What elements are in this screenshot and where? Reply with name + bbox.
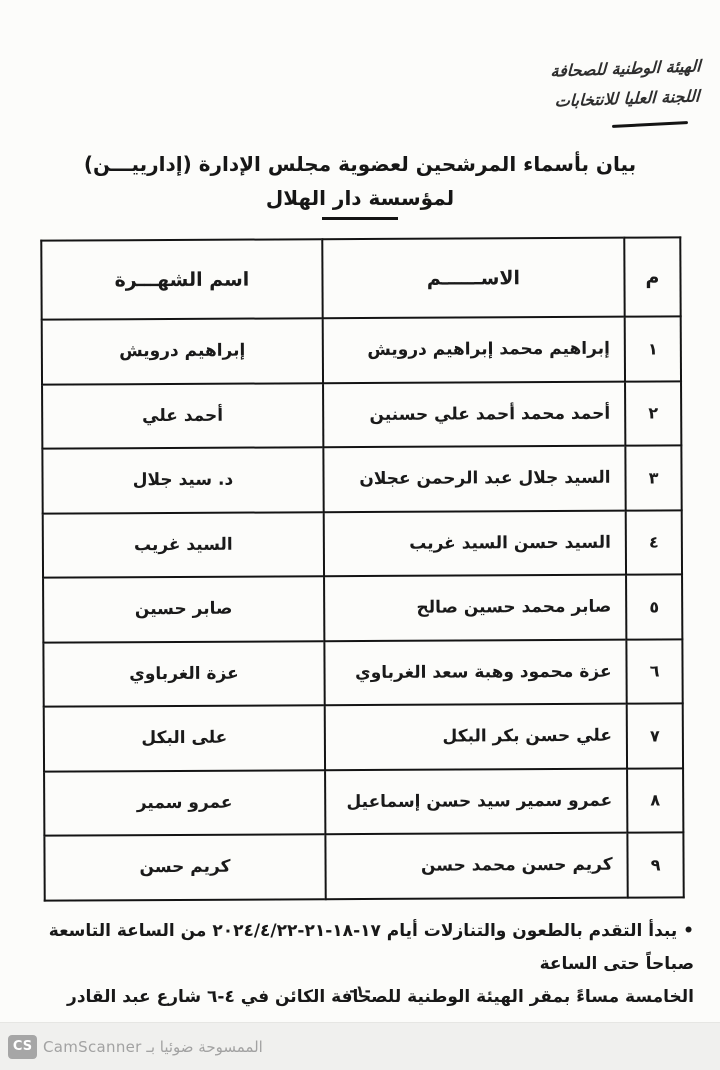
candidate-name: السيد جلال عبد الرحمن عجلان [323, 446, 626, 512]
table-row: ٩ كريم حسن محمد حسن كريم حسن [44, 832, 683, 900]
candidate-alias: السيد غريب [43, 512, 324, 578]
stamp-line-committee: اللجنة العليا للانتخابات [549, 81, 700, 116]
document-title: بيان بأسماء المرشحين لعضوية مجلس الإدارة… [0, 148, 720, 180]
table-row: ٢ أحمد محمد أحمد علي حسنين أحمد علي [42, 381, 681, 449]
handwritten-stamp: الهيئة الوطنية للصحافة اللجنة العليا للا… [549, 51, 701, 116]
row-index: ٨ [627, 768, 683, 833]
candidate-name: صابر محمد حسين صالح [324, 575, 627, 641]
camscanner-watermark-strip: CS الممسوحة ضوئيا بـ CamScanner [0, 1022, 720, 1070]
appeals-note-line-1: • يبدأ التقدم بالطعون والتنازلات أيام ١٧… [28, 915, 694, 981]
row-index: ٢ [625, 381, 681, 446]
row-index: ٧ [627, 703, 683, 768]
candidate-alias: إبراهيم درويش [42, 318, 323, 384]
table-row: ٤ السيد حسن السيد غريب السيد غريب [43, 510, 682, 578]
candidate-alias: عزة الغرباوي [43, 641, 324, 707]
candidates-table: م الاســــــم اسم الشهـــرة ١ إبراهيم مح… [40, 236, 684, 901]
candidate-alias: د. سيد جلال [42, 447, 323, 513]
scanned-document-page: الهيئة الوطنية للصحافة اللجنة العليا للا… [0, 0, 720, 1070]
row-index: ٩ [627, 832, 683, 897]
candidate-name: كريم حسن محمد حسن [325, 833, 628, 899]
row-index: ٦ [626, 639, 682, 704]
camscanner-watermark-text: الممسوحة ضوئيا بـ CamScanner [43, 1038, 263, 1056]
table-row: ٧ علي حسن بكر البكل على البكل [44, 703, 683, 771]
candidate-name: السيد حسن السيد غريب [324, 510, 627, 576]
table-row: ١ إبراهيم محمد إبراهيم درويش إبراهيم درو… [42, 316, 681, 384]
table-header-row: م الاســــــم اسم الشهـــرة [41, 237, 680, 319]
candidate-alias: أحمد علي [42, 383, 323, 449]
table-row: ٣ السيد جلال عبد الرحمن عجلان د. سيد جلا… [42, 445, 681, 513]
camscanner-logo-icon: CS [8, 1035, 37, 1059]
header-index: م [624, 237, 680, 316]
candidate-alias: عمرو سمير [44, 770, 325, 836]
document-title-block: بيان بأسماء المرشحين لعضوية مجلس الإدارة… [0, 148, 720, 220]
candidate-alias: صابر حسين [43, 576, 324, 642]
candidate-name: عمرو سمير سيد حسن إسماعيل [325, 768, 628, 834]
document-subtitle: لمؤسسة دار الهلال [0, 182, 720, 214]
table-row: ٥ صابر محمد حسين صالح صابر حسين [43, 574, 682, 642]
page-number: -١- [0, 982, 720, 1000]
candidate-name: أحمد محمد أحمد علي حسنين [323, 381, 626, 447]
header-name: الاســــــم [322, 238, 625, 319]
candidate-name: عزة محمود وهبة سعد الغرباوي [324, 639, 627, 705]
header-alias: اسم الشهـــرة [41, 239, 322, 319]
row-index: ٣ [625, 445, 681, 510]
candidate-alias: كريم حسن [44, 834, 325, 900]
row-index: ٥ [626, 574, 682, 639]
row-index: ١ [625, 316, 681, 381]
candidate-name: إبراهيم محمد إبراهيم درويش [323, 317, 626, 383]
candidate-alias: على البكل [44, 705, 325, 771]
table-row: ٦ عزة محمود وهبة سعد الغرباوي عزة الغربا… [43, 639, 682, 707]
title-underline [322, 217, 398, 220]
stamp-underline [612, 121, 688, 128]
table-row: ٨ عمرو سمير سيد حسن إسماعيل عمرو سمير [44, 768, 683, 836]
row-index: ٤ [626, 510, 682, 575]
candidate-name: علي حسن بكر البكل [325, 704, 628, 770]
